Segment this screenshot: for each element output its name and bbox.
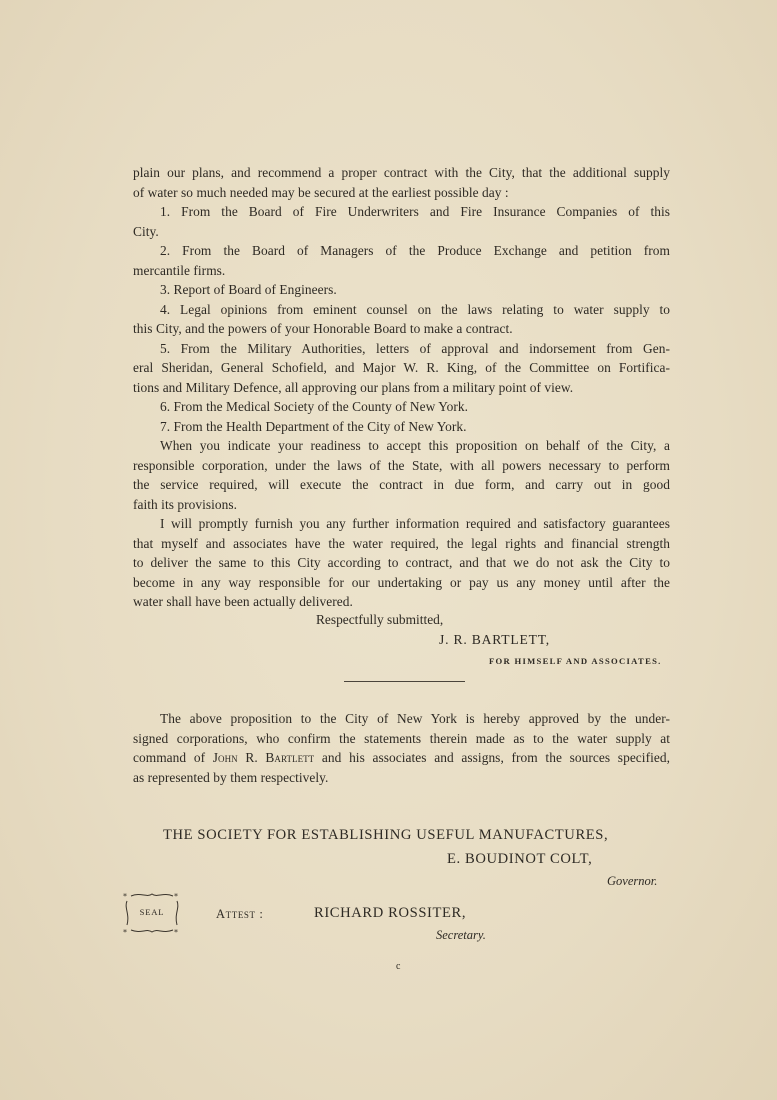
page-signature-mark: c <box>396 961 400 972</box>
text-segment: and his associates and assigns, from the… <box>314 750 670 765</box>
text-line: the service required, will execute the c… <box>133 475 670 495</box>
furnish-paragraph: I will promptly furnish you any further … <box>133 514 670 612</box>
text-line: this City, and the powers of your Honora… <box>133 319 670 339</box>
valediction: Respectfully submitted, <box>316 612 443 628</box>
text-line: plain our plans, and recommend a proper … <box>133 163 670 183</box>
svg-text:*: * <box>123 928 127 936</box>
list-item-2: 2. From the Board of Managers of the Pro… <box>133 241 670 280</box>
text-segment: command of <box>133 750 213 765</box>
list-item-1: 1. From the Board of Fire Underwriters a… <box>133 202 670 241</box>
text-line: command of John R. Bartlett and his asso… <box>133 748 670 768</box>
signer-name: J. R. BARTLETT, <box>439 632 550 648</box>
list-item-4: 4. Legal opinions from eminent counsel o… <box>133 300 670 339</box>
text-line: of water so much needed may be secured a… <box>133 183 670 203</box>
intro-paragraph: plain our plans, and recommend a proper … <box>133 163 670 202</box>
readiness-paragraph: When you indicate your readiness to acce… <box>133 436 670 514</box>
governor-name: E. BOUDINOT COLT, <box>447 851 592 868</box>
text-line: When you indicate your readiness to acce… <box>133 436 670 456</box>
text-line: 1. From the Board of Fire Underwriters a… <box>133 202 670 222</box>
text-line: become in any way responsible for our un… <box>133 573 670 593</box>
approval-paragraph: The above proposition to the City of New… <box>133 709 670 787</box>
enumerated-list: 1. From the Board of Fire Underwriters a… <box>133 202 670 436</box>
text-line: 3. Report of Board of Engineers. <box>133 280 670 300</box>
text-line: tions and Military Defence, all approvin… <box>133 378 670 398</box>
governor-title: Governor. <box>607 874 657 889</box>
section-divider <box>344 681 465 682</box>
seal-box: * * * * SEAL <box>123 890 181 936</box>
text-line: water shall have been actually delivered… <box>133 592 670 612</box>
text-line: I will promptly furnish you any further … <box>133 514 670 534</box>
text-line: 4. Legal opinions from eminent counsel o… <box>133 300 670 320</box>
text-line: mercantile firms. <box>133 261 670 281</box>
text-line: signed corporations, who confirm the sta… <box>133 729 670 749</box>
svg-text:*: * <box>174 928 178 936</box>
text-line: responsible corporation, under the laws … <box>133 456 670 476</box>
text-line: 7. From the Health Department of the Cit… <box>133 417 670 437</box>
list-item-3: 3. Report of Board of Engineers. <box>133 280 670 300</box>
text-line: eral Sheridan, General Schofield, and Ma… <box>133 358 670 378</box>
signer-note: FOR HIMSELF AND ASSOCIATES. <box>489 656 662 666</box>
text-line: City. <box>133 222 670 242</box>
text-line: 6. From the Medical Society of the Count… <box>133 397 670 417</box>
text-line: 2. From the Board of Managers of the Pro… <box>133 241 670 261</box>
text-line: The above proposition to the City of New… <box>133 709 670 729</box>
text-line: faith its provisions. <box>133 495 670 515</box>
organization-name: THE SOCIETY FOR ESTABLISHING USEFUL MANU… <box>163 827 608 844</box>
list-item-7: 7. From the Health Department of the Cit… <box>133 417 670 437</box>
seal-label: SEAL <box>123 907 181 917</box>
text-line: to deliver the same to this City accordi… <box>133 553 670 573</box>
person-name-small-caps: John R. Bartlett <box>213 750 314 765</box>
document-page: plain our plans, and recommend a proper … <box>133 163 670 612</box>
svg-text:*: * <box>174 892 178 901</box>
text-line: 5. From the Military Authorities, letter… <box>133 339 670 359</box>
svg-text:*: * <box>123 892 127 901</box>
list-item-5: 5. From the Military Authorities, letter… <box>133 339 670 398</box>
text-line: that myself and associates have the wate… <box>133 534 670 554</box>
attest-label: Attest : <box>216 907 263 922</box>
list-item-6: 6. From the Medical Society of the Count… <box>133 397 670 417</box>
text-line: as represented by them respectively. <box>133 768 670 788</box>
secretary-title: Secretary. <box>436 928 486 943</box>
secretary-name: RICHARD ROSSITER, <box>314 905 466 922</box>
